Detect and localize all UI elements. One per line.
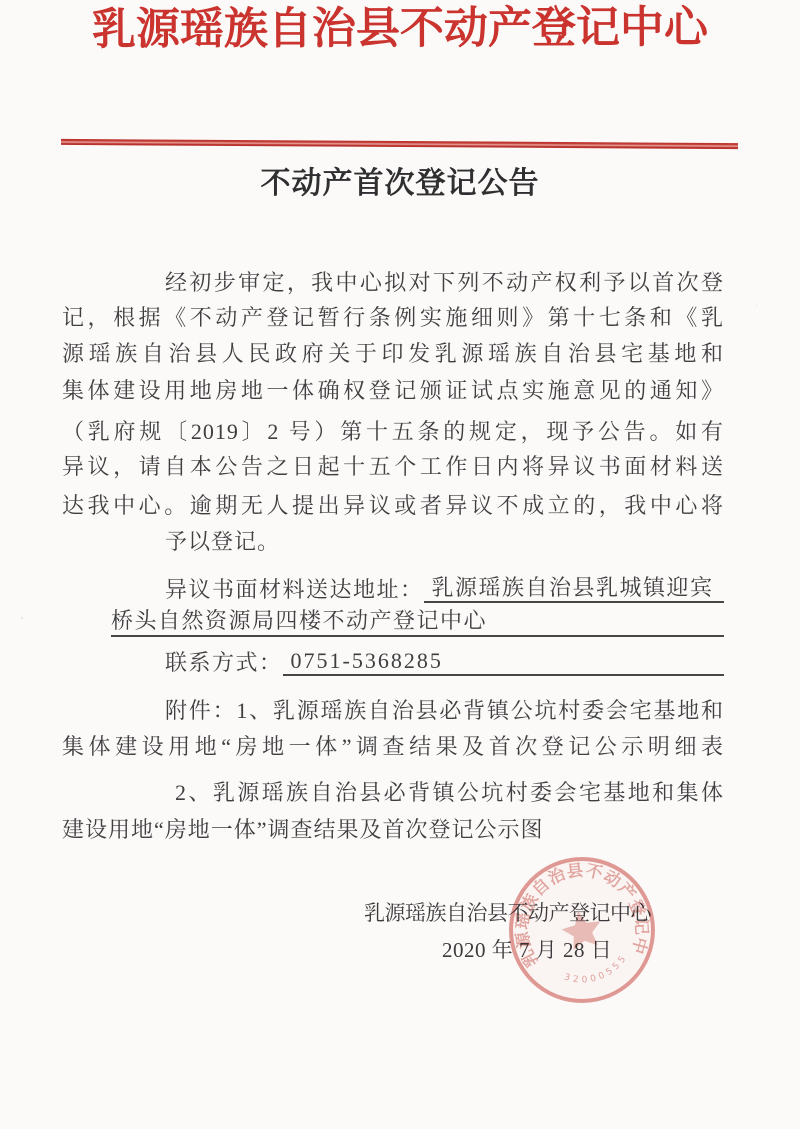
contact-line: 联系方式： 0751-5368285 <box>62 648 724 676</box>
attachment-line: 建设用地“房地一体”调查结果及首次登记公示图 <box>62 816 724 846</box>
body-line: 记，根据《不动产登记暂行条例实施细则》第十七条和《乳 <box>62 304 724 334</box>
address-line: 异议书面材料送达地址： 乳源瑶族自治县乳城镇迎宾 <box>62 574 724 603</box>
body-line: 集体建设用地房地一体确权登记颁证试点实施意见的通知》 <box>62 377 724 407</box>
body-line: 异议，请自本公告之日起十五个工作日内将异议书面材料送 <box>62 453 724 483</box>
body-line: 源瑶族自治县人民政府关于印发乳源瑶族自治县宅基地和 <box>62 340 724 370</box>
seal-icon: 乳源瑶族自治县不动产登记中心 32000555 <box>504 852 660 1008</box>
red-divider-rule <box>61 139 738 149</box>
document-page: 乳源瑶族自治县不动产登记中心 不动产首次登记公告 经初步审定，我中心拟对下列不动… <box>0 0 800 1129</box>
official-seal-stamp: 乳源瑶族自治县不动产登记中心 32000555 <box>504 852 660 1008</box>
body-line: 达我中心。逾期无人提出异议或者异议不成立的，我中心将 <box>62 492 724 522</box>
org-name-header: 乳源瑶族自治县不动产登记中心 <box>0 0 800 59</box>
address-value-line1: 乳源瑶族自治县乳城镇迎宾 <box>424 574 724 603</box>
attachment-line: 附件：1、乳源瑶族自治县必背镇公坑村委会宅基地和 <box>62 697 724 727</box>
address-value-line2: 桥头自然资源局四楼不动产登记中心 <box>111 607 724 637</box>
body-line: 经初步审定，我中心拟对下列不动产权利予以首次登 <box>62 269 724 299</box>
contact-label: 联系方式： <box>165 649 283 676</box>
body-line: （乳府规〔2019〕2 号）第十五条的规定，现予公告。如有 <box>62 418 724 448</box>
attachment-line: 2、乳源瑶族自治县必背镇公坑村委会宅基地和集体 <box>62 779 724 809</box>
attachment-line: 集体建设用地“房地一体”调查结果及首次登记公示明细表 <box>62 733 724 763</box>
contact-value: 0751-5368285 <box>283 647 724 676</box>
doc-title: 不动产首次登记公告 <box>0 163 800 205</box>
body-line: 予以登记。 <box>62 528 724 558</box>
address-label: 异议书面材料送达地址： <box>165 576 424 603</box>
